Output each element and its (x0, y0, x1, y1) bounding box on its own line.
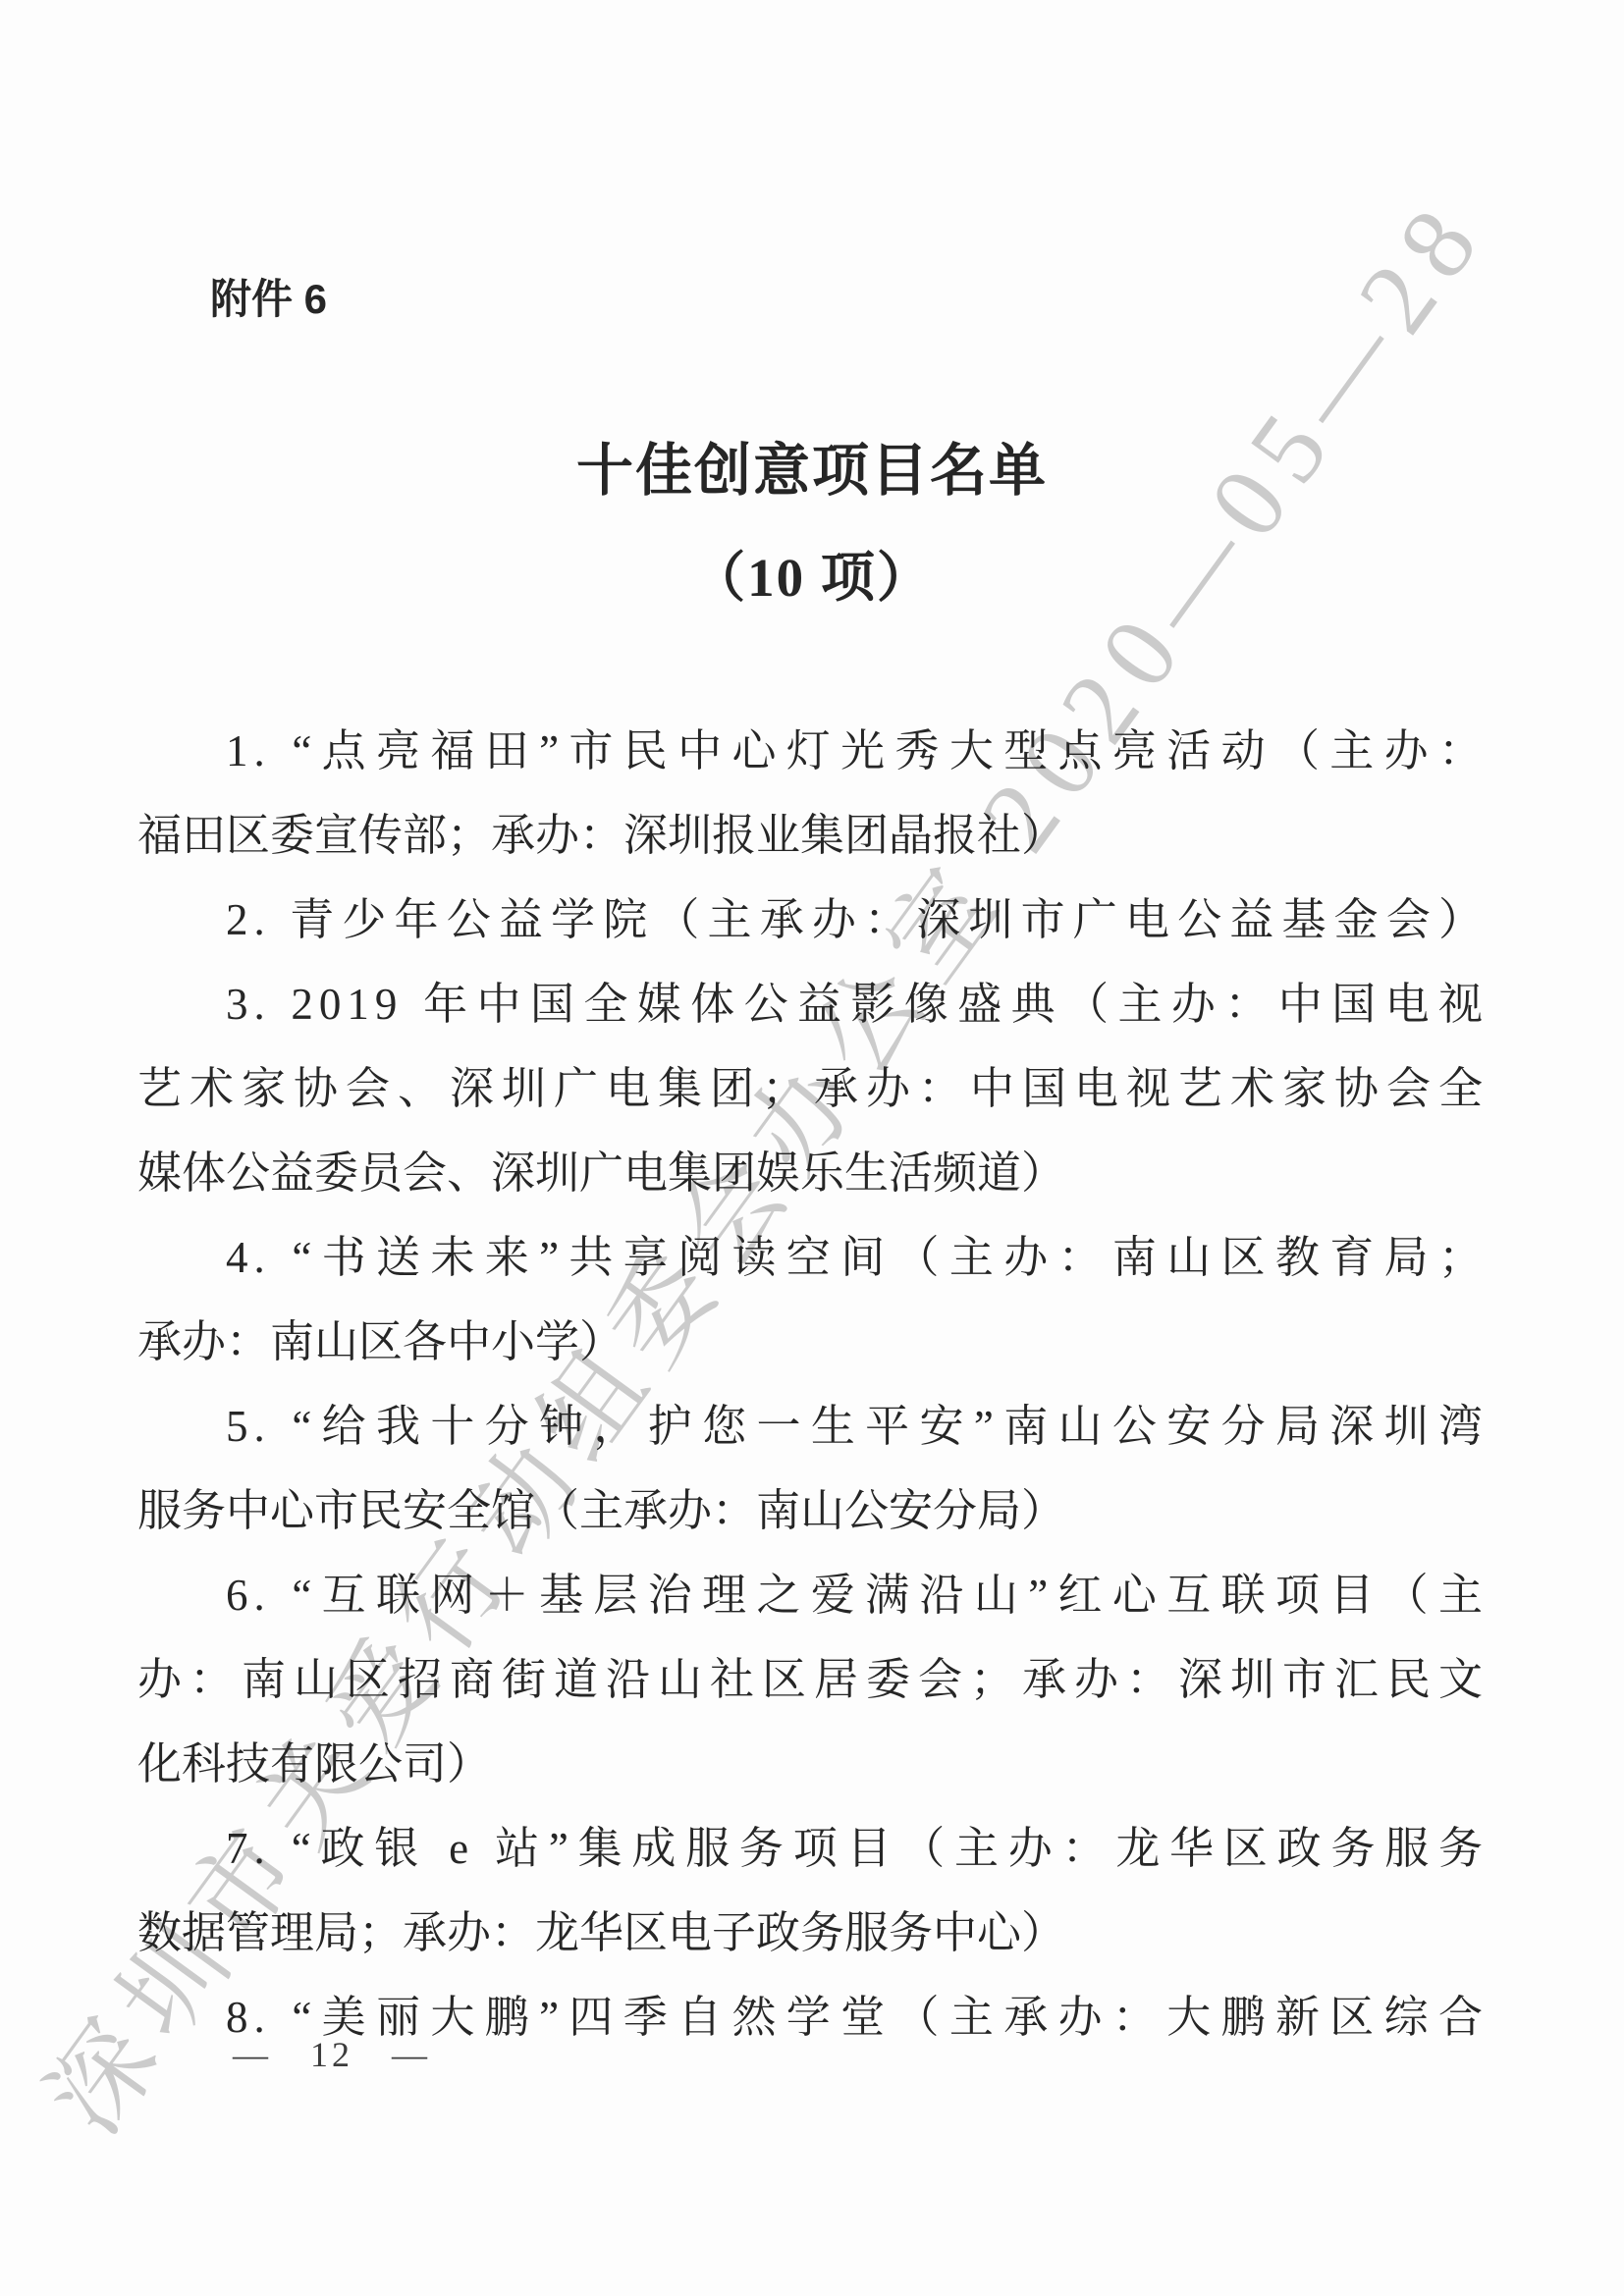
page-number: — 12 — (233, 2034, 431, 2075)
doc-line: 5. “给我十分钟，护您一生平安”南山公安分局深圳湾 (137, 1384, 1489, 1468)
doc-line: 6. “互联网＋基层治理之爱满沿山”红心互联项目（主 (137, 1553, 1489, 1637)
attachment-label: 附件 6 (210, 267, 327, 326)
doc-body: 1. “点亮福田”市民中心灯光秀大型点亮活动（主办： 福田区委宣传部；承办：深圳… (137, 709, 1489, 2059)
doc-line: 7. “政银 e 站”集成服务项目（主办：龙华区政务服务 (137, 1806, 1489, 1891)
doc-line: 3. 2019 年中国全媒体公益影像盛典（主办：中国电视 (137, 962, 1489, 1046)
doc-subtitle: （10 项） (0, 534, 1624, 612)
doc-line: 艺术家协会、深圳广电集团；承办：中国电视艺术家协会全 (137, 1046, 1489, 1131)
doc-line: 福田区委宣传部；承办：深圳报业集团晶报社） (137, 793, 1489, 878)
doc-line: 4. “书送未来”共享阅读空间（主办：南山区教育局； (137, 1215, 1489, 1300)
doc-line: 办：南山区招商街道沿山社区居委会；承办：深圳市汇民文 (137, 1637, 1489, 1722)
doc-line: 1. “点亮福田”市民中心灯光秀大型点亮活动（主办： (137, 709, 1489, 793)
doc-title: 十佳创意项目名单 (0, 424, 1624, 507)
doc-line: 承办：南山区各中小学） (137, 1300, 1489, 1384)
doc-line: 化科技有限公司） (137, 1722, 1489, 1806)
document-page: 深圳市关爱行动组委会办公室 2020—05—28 附件 6 十佳创意项目名单 （… (0, 0, 1624, 2296)
doc-line: 媒体公益委员会、深圳广电集团娱乐生活频道） (137, 1131, 1489, 1215)
doc-line: 服务中心市民安全馆（主承办：南山公安分局） (137, 1468, 1489, 1553)
doc-line: 数据管理局；承办：龙华区电子政务服务中心） (137, 1891, 1489, 1975)
doc-line: 2. 青少年公益学院（主承办：深圳市广电公益基金会） (137, 878, 1489, 962)
